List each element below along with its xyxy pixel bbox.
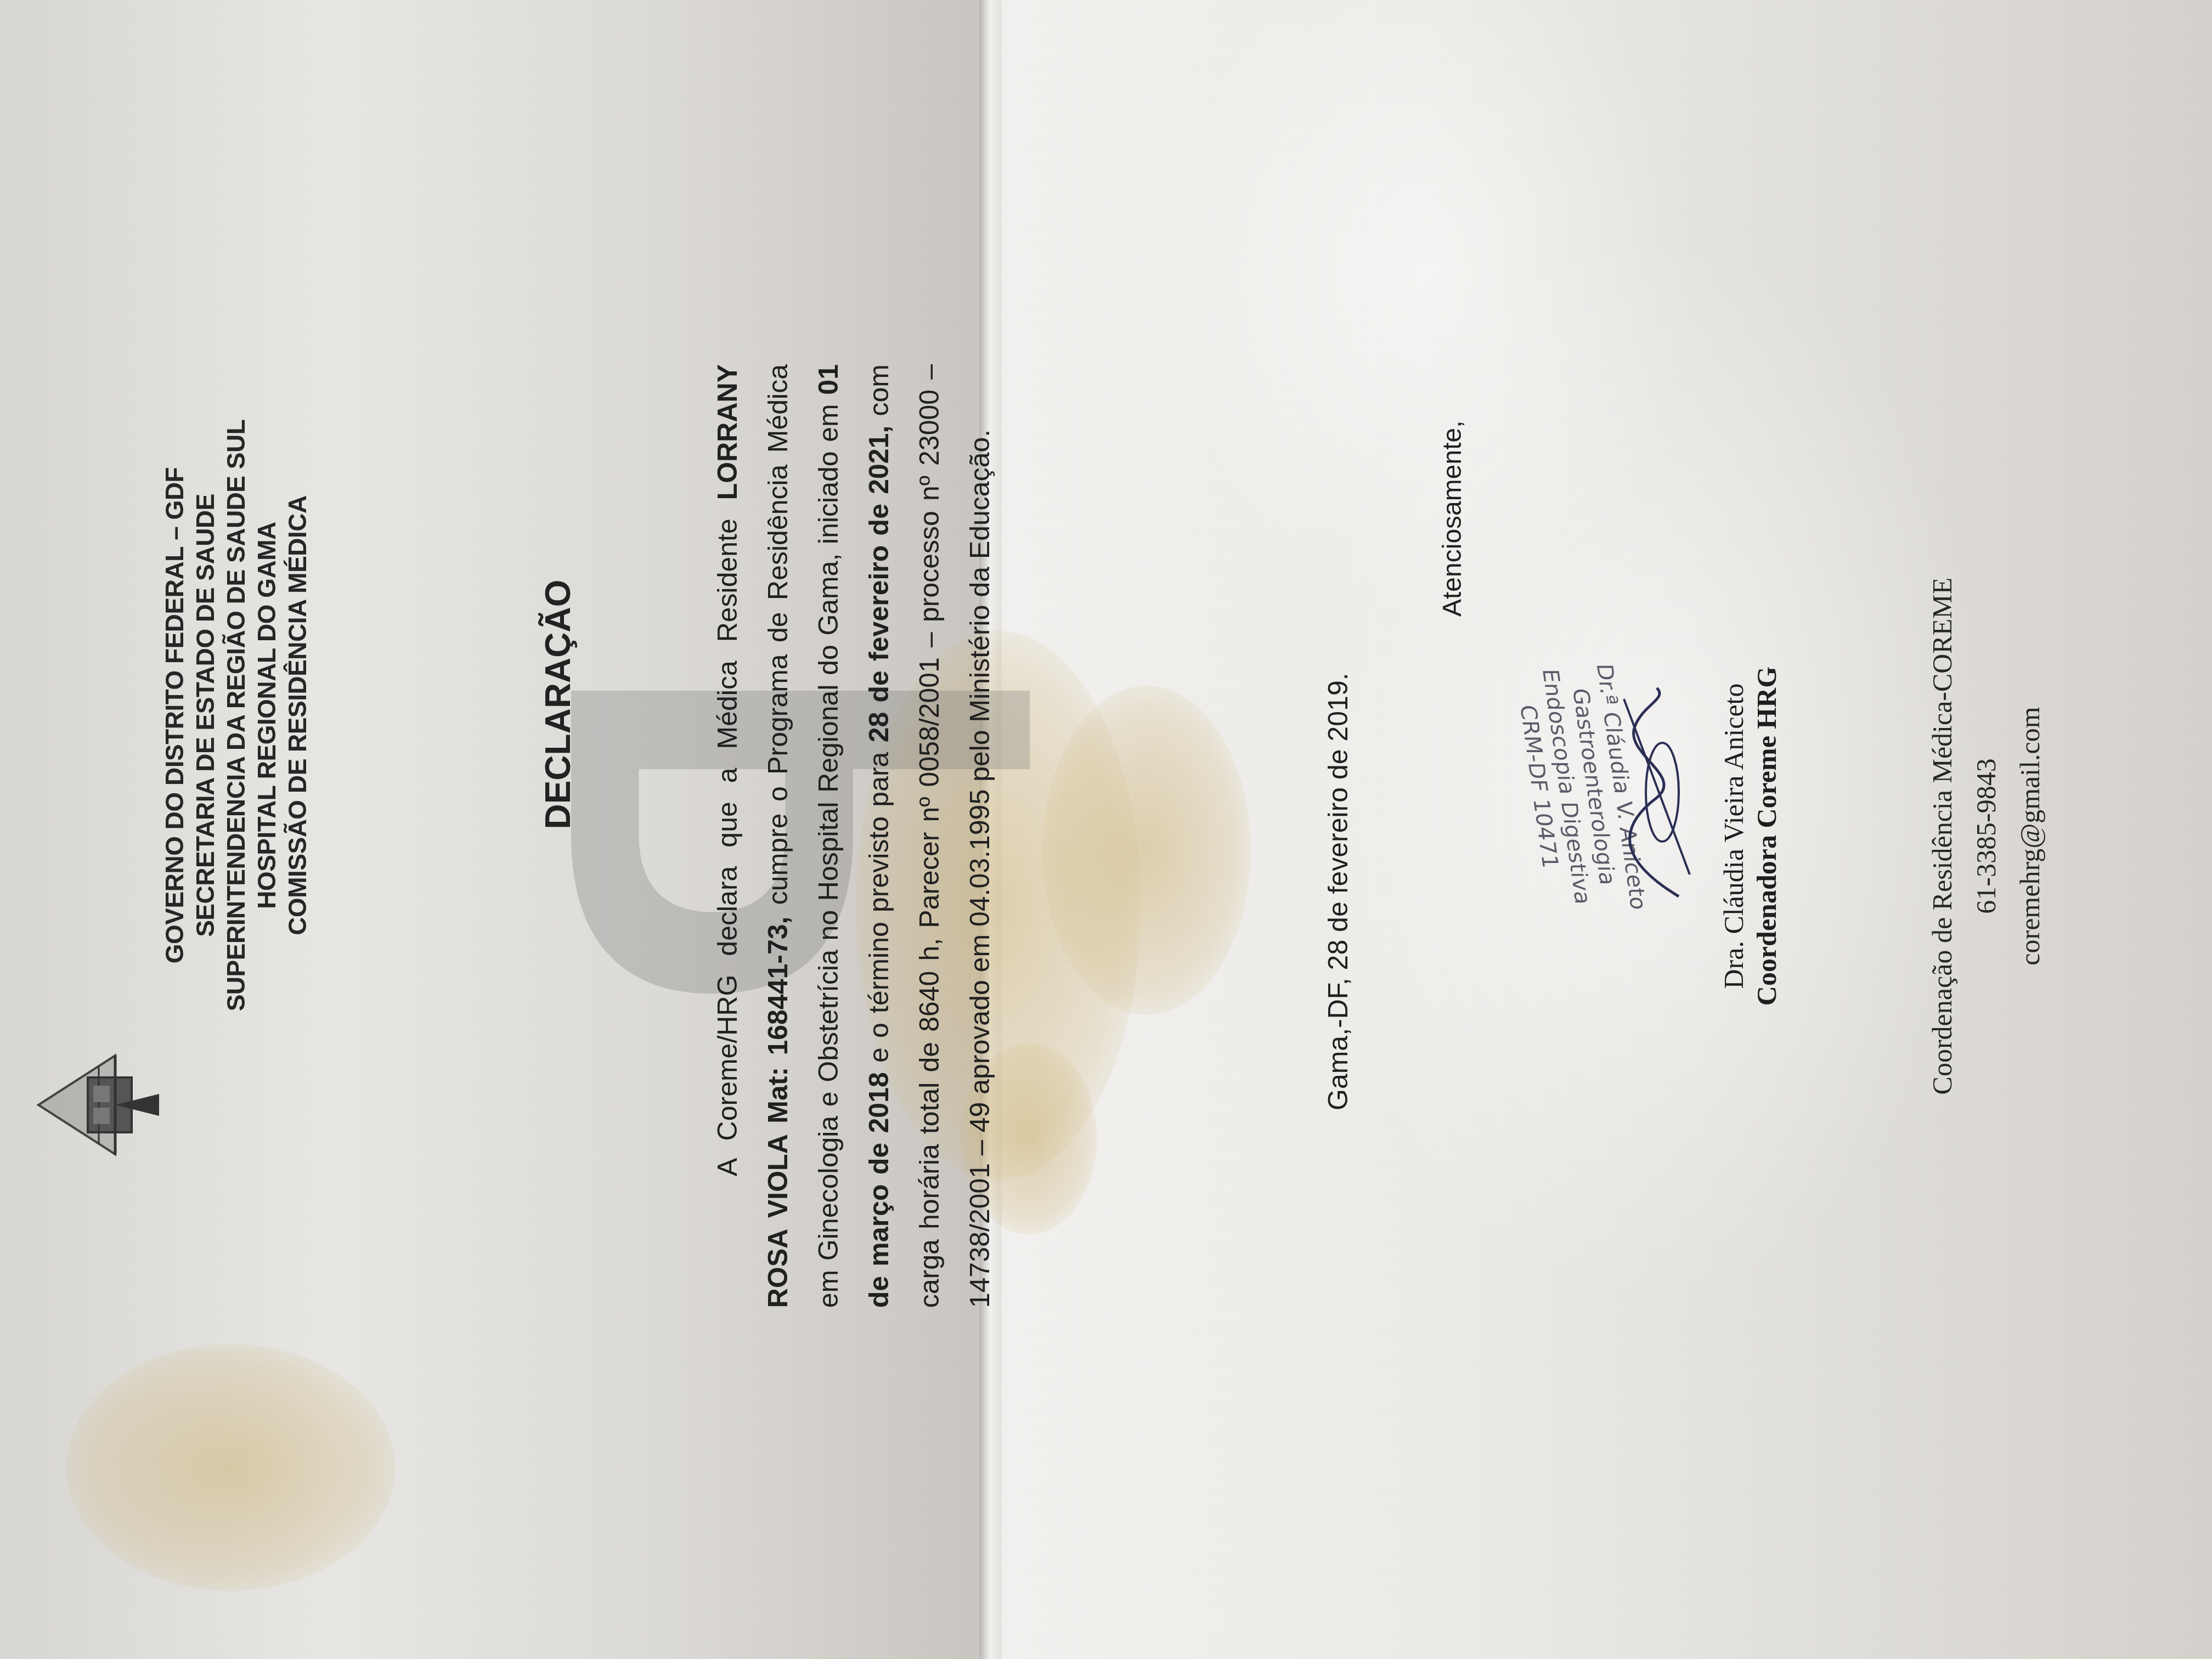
handwritten-signature xyxy=(1591,677,1712,907)
document-title: DECLARAÇÃO xyxy=(538,348,578,1061)
end-date: 28 de fevereiro de 2021, xyxy=(864,426,894,743)
footer-phone: 61-3385-9843 xyxy=(1964,425,2008,1248)
footer-email: coremehrg@gmail.com xyxy=(2008,425,2052,1248)
signer-block: Dra. Cláudia Vieira Aniceto Coordenadora… xyxy=(1717,589,1783,1083)
letterhead-line: SUPERINTENDENCIA DA REGIÃO DE SAUDE SUL xyxy=(221,331,251,1099)
footer-organization: Coordenação de Residência Médica-COREME xyxy=(1920,425,1964,1248)
brasilia-cathedral-emblem-icon xyxy=(33,1034,165,1176)
closing-salutation: Atenciosamente, xyxy=(1437,420,1468,617)
letterhead-line: HOSPITAL REGIONAL DO GAMA xyxy=(251,331,282,1099)
letterhead: GOVERNO DO DISTRITO FEDERAL – GDF SECRET… xyxy=(159,331,313,1099)
letterhead-line: GOVERNO DO DISTRITO FEDERAL – GDF xyxy=(159,331,190,1099)
body-segment: A Coreme/HRG declara que a Médica Reside… xyxy=(712,500,743,1176)
footer-contact: Coordenação de Residência Médica-COREME … xyxy=(1920,425,2052,1248)
signer-role: Coordenadora Coreme HRG xyxy=(1750,589,1783,1083)
document-photo: ꟼ GOVERNO DO DISTRITO FEDERAL – GDF SECR… xyxy=(0,0,2212,1659)
letterhead-line: COMISSÃO DE RESIDÊNCIA MÉDICA xyxy=(282,331,313,1099)
signer-name: Dra. Cláudia Vieira Aniceto xyxy=(1717,589,1750,1083)
body-segment: e o término previsto para xyxy=(864,742,894,1072)
declaration-body: A Coreme/HRG declara que a Médica Reside… xyxy=(702,364,1005,1308)
letterhead-line: SECRETARIA DE ESTADO DE SAUDE xyxy=(190,331,221,1099)
place-and-date: Gama,-DF, 28 de fevereiro de 2019. xyxy=(1322,673,1354,1110)
declaration-page: GOVERNO DO DISTRITO FEDERAL – GDF SECRET… xyxy=(0,0,2212,1659)
